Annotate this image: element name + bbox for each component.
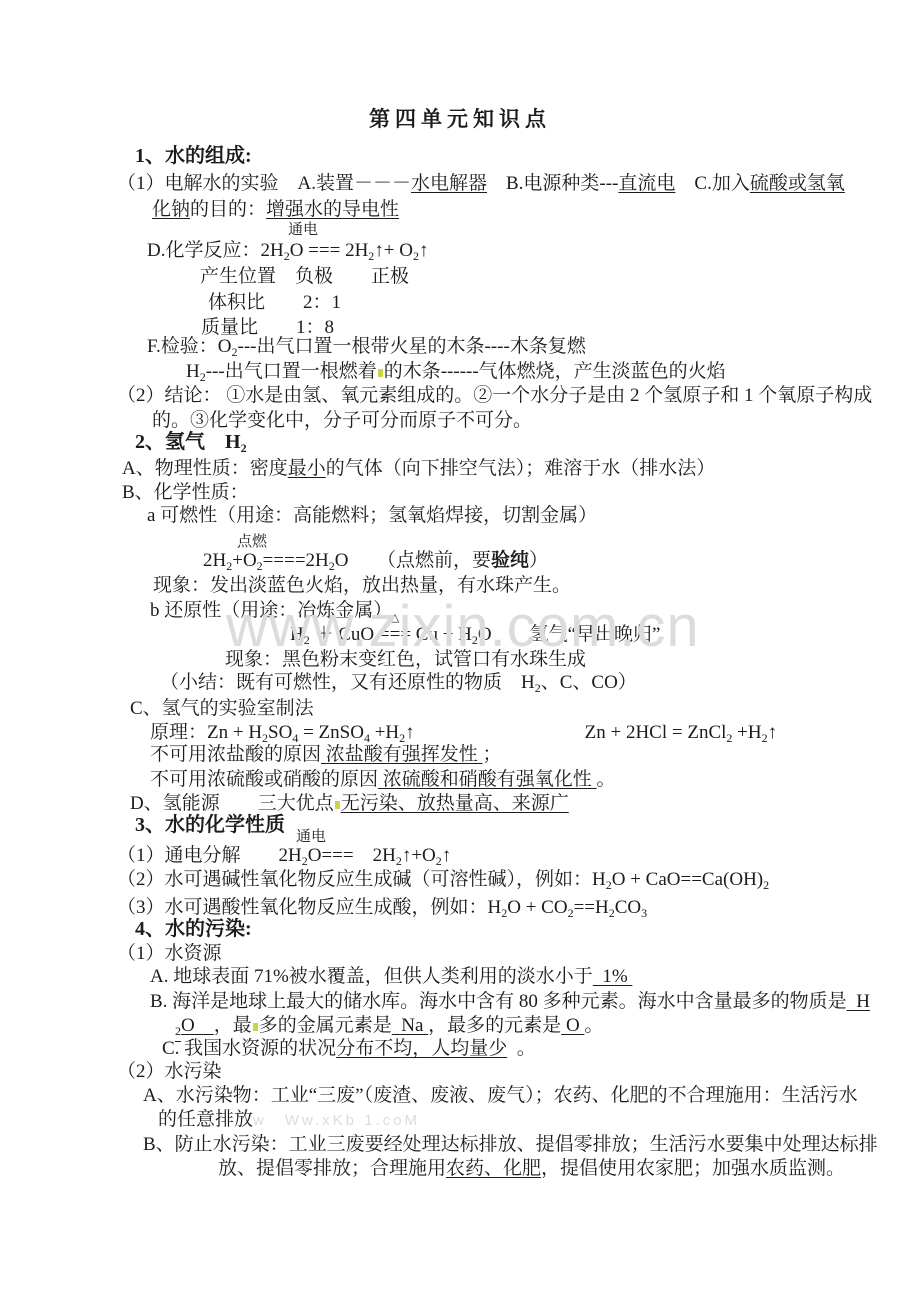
text-segment: 、C、CO） (541, 672, 637, 693)
line-conclusion-1: （2）结论： ①水是由氢、氧元素组成的。②一个水分子是由 2 个氢原子和 1 个… (117, 384, 872, 407)
text-segment: ↑ (419, 240, 429, 261)
text-segment: O （点燃前，要 (335, 550, 491, 571)
text-segment: 不可用浓盐酸的原因 (150, 744, 321, 765)
text-segment: Cu + H (411, 624, 472, 645)
text-segment: （2）水可遇碱性氧化物反应生成碱（可溶性碱），例如：H (117, 869, 606, 890)
text-segment: 现象：发出淡蓝色火焰，放出热量，有水珠产生。 (153, 575, 571, 596)
text-segment: 原理：Zn + H (150, 722, 262, 743)
line-flammability: a 可燃性（用途：高能燃料；氢氧焰焊接，切割金属） (147, 504, 597, 527)
text-segment: SO (268, 722, 292, 743)
text-segment: A、水污染物：工业“三废”（废渣、废液、废气）；农药、化肥的不合理施用：生活污水 (143, 1085, 858, 1106)
text-segment: O (181, 1015, 214, 1036)
watermark-xkb-inline: w Ww.xKb 1.coM (253, 1112, 420, 1129)
line-prevention-1: B、防止水污染：工业三废要经处理达标排放、提倡零排放；生活污水要集中处理达标排 (143, 1133, 878, 1156)
line-prevention-2: 放、提倡零排放；合理施用农药、化肥，提倡使用农家肥；加强水质监测。 (218, 1157, 845, 1180)
text-segment: 验纯 (491, 550, 529, 571)
text-segment: ↑+ O (374, 240, 413, 261)
text-segment: （2）水污染 (117, 1061, 222, 1082)
text-segment: 无污染、放热量高、来源广 (341, 793, 569, 814)
text-segment: +H (732, 722, 761, 743)
page-title: 第四单元知识点 (0, 103, 920, 133)
document-page: 第四单元知识点 1、水的组成:（1）电解水的实验 A.装置－－－水电解器 B.电… (0, 0, 920, 1302)
heading-2-hydrogen: 2、氢气 H2 (135, 431, 247, 460)
text-segment: 分布不均，人均量少 (336, 1038, 507, 1059)
text-segment: D.化学反应：2H (147, 240, 284, 261)
line-hydrogen-energy: D、氢能源 三大优点无污染、放热量高、来源广 (130, 792, 569, 815)
text-segment: 2、氢气 H (135, 431, 241, 453)
label-tongdian-2: 通电 (296, 829, 326, 845)
text-segment: Na (392, 1015, 428, 1036)
line-physical-properties: A、物理性质：密度最小的气体（向下排空气法）；难溶于水（排水法） (122, 457, 715, 480)
line-summary: （小结：既有可燃性，又有还原性的物质 H2、C、CO） (160, 671, 637, 700)
text-segment: F.检验：O (147, 336, 232, 357)
text-segment: 不可用浓硫酸或硝酸的原因 (150, 769, 378, 790)
text-segment: 农药、化肥 (446, 1158, 541, 1179)
text-segment: ，提倡使用农家肥；加强水质监测。 (541, 1158, 845, 1179)
text-segment: O === 2H (290, 240, 369, 261)
text-segment: 多的金属元素是 (259, 1015, 392, 1036)
line-ocean-1: B. 海洋是地球上最大的储水库。海水中含有 80 多种元素。海水中含量最多的物质… (150, 990, 870, 1013)
line-china-water: C. 我国水资源的状况分布不均，人均量少 。 (162, 1037, 536, 1060)
text-segment: C. 我国水资源的状况 (162, 1038, 336, 1059)
line-pollutants-1: A、水污染物：工业“三废”（废渣、废液、废气）；农药、化肥的不合理施用：生活污水 (143, 1084, 858, 1107)
line-basic-oxide: （2）水可遇碱性氧化物反应生成碱（可溶性碱），例如：H2O + CaO==Ca(… (117, 868, 769, 897)
text-segment: H (186, 361, 200, 382)
line-lab-preparation: C、氢气的实验室制法 (130, 697, 314, 720)
text-segment: 最小 (288, 458, 326, 479)
text-segment: 点燃 (237, 534, 267, 550)
line-volume-ratio: 体积比 2：1 (208, 291, 341, 314)
line-electrolysis-equation: D.化学反应：2H2O === 2H2↑+ O2↑ (147, 239, 428, 268)
text-segment: ＋ CuO (310, 624, 379, 645)
label-tongdian-1: 通电 (288, 222, 318, 238)
text-segment: 。 (507, 1038, 536, 1059)
line-water-resources: （1）水资源 (117, 942, 222, 965)
text-segment: 体积比 2：1 (208, 292, 341, 313)
line-electrolysis-purpose: 化钠的目的：增强水的导电性 (152, 198, 399, 221)
text-segment: 直流电 (618, 173, 675, 194)
line-earth-surface: A. 地球表面 71%被水覆盖，但供人类利用的淡水小于 1% (150, 965, 632, 988)
heading-3-chemical-properties-of-water: 3、水的化学性质 (135, 814, 285, 837)
text-segment: △=== (379, 623, 411, 646)
text-segment: 现象：黑色粉末变红色，试管口有水珠生成 (225, 649, 586, 670)
text-segment: +O (232, 550, 256, 571)
line-cuo-phenomenon: 现象：黑色粉末变红色，试管口有水珠生成 (225, 648, 586, 671)
spellcheck-mark (253, 1023, 258, 1031)
line-conclusion-2: 的。③化学变化中，分子可分而原子不可分。 (152, 409, 532, 432)
spellcheck-mark (335, 801, 340, 809)
text-segment: 增强水的导电性 (266, 199, 399, 220)
text-segment: O=== 2H (308, 845, 396, 866)
line-chemical-properties: B、化学性质： (122, 481, 249, 504)
text-segment: 的任意排放 (158, 1109, 253, 1130)
text-segment: （3）水可遇酸性氧化物反应生成酸，例如：H (117, 897, 501, 918)
text-segment: 。 (597, 769, 616, 790)
text-segment: H (290, 624, 304, 645)
text-segment: H (847, 991, 870, 1012)
line-electrolysis-experiment: （1）电解水的实验 A.装置－－－水电解器 B.电源种类---直流电 C.加入硫… (117, 172, 845, 195)
text-segment: 产生位置 负极 正极 (200, 266, 409, 287)
text-segment: （1）水资源 (117, 943, 222, 964)
text-segment: 浓硫酸和硝酸有强氧化性 (378, 769, 597, 790)
heading-4-water-pollution: 4、水的污染: (135, 918, 252, 941)
text-segment: = ZnSO (298, 722, 364, 743)
text-segment: CO (615, 897, 641, 918)
text-segment: 1% (593, 966, 633, 987)
text-segment: B.电源种类--- (487, 173, 618, 194)
text-segment: 通电 (288, 222, 318, 238)
text-segment: 的木条------气体燃烧，产生淡蓝色的火焰 (384, 361, 726, 382)
text-segment: 2 (241, 441, 247, 455)
text-segment: Zn + 2HCl = ZnCl (585, 722, 727, 743)
text-segment: ，最多的元素是 (428, 1015, 561, 1036)
text-segment: C.加入 (675, 173, 749, 194)
text-segment: +H (370, 722, 399, 743)
text-segment: 2 (763, 878, 769, 892)
line-pollutants-2: 的任意排放w Ww.xKb 1.coM (158, 1108, 420, 1132)
text-segment: ==H (574, 897, 609, 918)
equation-equals: === (379, 624, 411, 645)
text-segment: （2）结论： ①水是由氢、氧元素组成的。②一个水分子是由 2 个氢原子和 1 个… (117, 385, 872, 406)
text-segment: 3、水的化学性质 (135, 814, 285, 836)
text-segment: O (561, 1015, 584, 1036)
text-segment: 硫酸或氢氧 (750, 173, 845, 194)
text-segment: 1、水的组成: (135, 145, 252, 167)
text-segment: ↑+O (402, 845, 436, 866)
text-segment: A. 地球表面 71%被水覆盖，但供人类利用的淡水小于 (150, 966, 593, 987)
text-segment: ---出气口置一根燃着 (206, 361, 377, 382)
text-segment: ； (483, 744, 502, 765)
line-no-conc-hcl: 不可用浓盐酸的原因 浓盐酸有强挥发性 ； (150, 743, 502, 766)
text-segment: 的气体（向下排空气法）；难溶于水（排水法） (326, 458, 716, 479)
text-segment: ---出气口置一根带火星的木条----木条复燃 (238, 336, 586, 357)
text-segment: b 还原性（用途：冶炼金属） (150, 600, 392, 621)
text-segment: C、氢气的实验室制法 (130, 698, 314, 719)
text-segment: B. 海洋是地球上最大的储水库。海水中含有 80 多种元素。海水中含量最多的物质… (150, 991, 847, 1012)
text-segment: 的目的： (190, 199, 266, 220)
text-segment: 3 (641, 906, 647, 920)
spellcheck-mark (378, 369, 383, 377)
line-combustion-phenomenon: 现象：发出淡蓝色火焰，放出热量，有水珠产生。 (153, 574, 571, 597)
condition-over-label: △ (391, 613, 399, 623)
text-segment: O + CO (507, 897, 567, 918)
text-segment: B、化学性质： (122, 482, 249, 503)
text-segment: 4、水的污染: (135, 918, 252, 940)
text-segment: O + CaO==Ca(OH) (612, 869, 763, 890)
text-segment: ↑ (405, 722, 415, 743)
text-segment: 浓盐酸有强挥发性 (321, 744, 483, 765)
text-segment: （1）通电分解 2H (117, 845, 302, 866)
text-segment: （小结：既有可燃性，又有还原性的物质 H (160, 672, 535, 693)
text-segment: ↑ (768, 722, 778, 743)
line-water-pollution: （2）水污染 (117, 1060, 222, 1083)
line-product-position: 产生位置 负极 正极 (200, 265, 409, 288)
text-segment: 。 (584, 1015, 603, 1036)
text-segment: O 氢气“早出晚归” (478, 624, 661, 645)
text-segment: A、物理性质：密度 (122, 458, 288, 479)
heading-1-water-composition: 1、水的组成: (135, 145, 252, 168)
text-segment: 放、提倡零排放；合理施用 (218, 1158, 446, 1179)
line-no-conc-h2so4: 不可用浓硫酸或硝酸的原因 浓硫酸和硝酸有强氧化性 。 (150, 768, 616, 791)
text-segment: （1）电解水的实验 A.装置－－－ (117, 173, 411, 194)
line-reducibility: b 还原性（用途：冶炼金属） (150, 599, 392, 622)
text-segment: 的。③化学变化中，分子可分而原子不可分。 (152, 410, 532, 431)
text-segment: a 可燃性（用途：高能燃料；氢氧焰焊接，切割金属） (147, 505, 597, 526)
label-dianran: 点燃 (237, 534, 267, 550)
text-segment: 2H (203, 550, 226, 571)
text-segment: 水电解器 (411, 173, 487, 194)
text-segment: 通电 (296, 829, 326, 845)
text-segment: ） (529, 550, 548, 571)
text-segment: ====2H (263, 550, 329, 571)
text-segment: D、氢能源 三大优点 (130, 793, 334, 814)
text-segment: 化钠 (152, 199, 190, 220)
text-segment: B、防止水污染：工业三废要经处理达标排放、提倡零排放；生活污水要集中处理达标排 (143, 1134, 878, 1155)
text-segment: ，最 (214, 1015, 252, 1036)
text-segment: ↑ (442, 845, 452, 866)
